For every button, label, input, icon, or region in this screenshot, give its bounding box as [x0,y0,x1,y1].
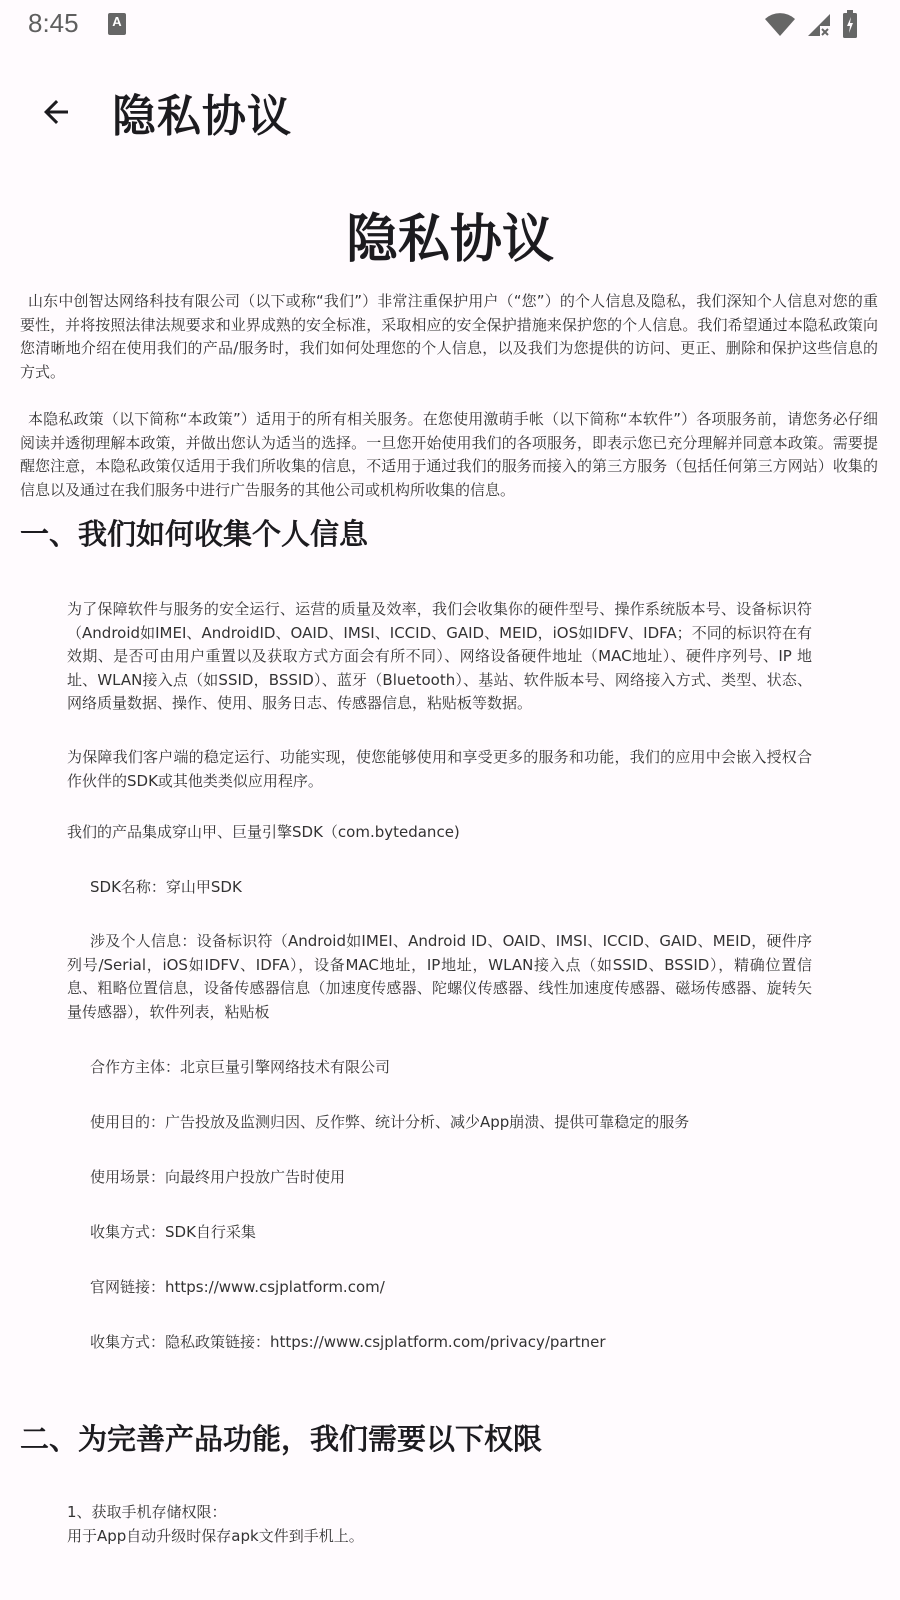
intro-paragraph-1: 山东中创智达网络科技有限公司（以下或称“我们”）非常注重保护用户（“您”）的个人… [0,290,900,384]
permission-item-1-title: 1、获取手机存储权限： [67,1501,812,1525]
section-1-paragraph-1: 为了保障软件与服务的安全运行、运营的质量及效率，我们会收集你的硬件型号、操作系统… [67,598,812,716]
sdk-partner: 合作方主体：北京巨量引擎网络技术有限公司 [90,1056,812,1080]
intro-paragraph-2: 本隐私政策（以下简称“本政策”）适用于的所有相关服务。在您使用激萌手帐（以下简称… [0,408,900,502]
sdk-website-link[interactable]: 官网链接：https://www.csjplatform.com/ [90,1276,812,1300]
arrow-left-icon [38,94,74,130]
back-button[interactable] [28,84,84,140]
sdk-collection-method: 收集方式：SDK自行采集 [90,1221,812,1245]
sdk-name: SDK名称：穿山甲SDK [90,876,812,900]
permission-item-1-desc: 用于App自动升级时保存apk文件到手机上。 [67,1525,812,1549]
sdk-scenario: 使用场景：向最终用户投放广告时使用 [90,1166,812,1190]
status-bar: 8:45 A [0,0,900,50]
notification-icon: A [108,13,126,35]
battery-charging-icon [842,10,858,38]
app-bar-title: 隐私协议 [112,80,292,144]
sdk-personal-info: 涉及个人信息：设备标识符（Android如IMEI、Android ID、OAI… [67,930,812,1024]
signal-no-service-icon [806,12,832,38]
policy-content[interactable]: 隐私协议 山东中创智达网络科技有限公司（以下或称“我们”）非常注重保护用户（“您… [0,180,900,275]
app-bar: 隐私协议 [0,62,900,158]
section-1-heading: 一、我们如何收集个人信息 [20,512,368,553]
document-title: 隐私协议 [0,205,900,275]
sdk-privacy-link[interactable]: 收集方式：隐私政策链接：https://www.csjplatform.com/… [90,1331,812,1355]
section-1-paragraph-3: 我们的产品集成穿山甲、巨量引擎SDK（com.bytedance) [67,821,812,845]
section-2-heading: 二、为完善产品功能，我们需要以下权限 [20,1417,542,1458]
status-time: 8:45 [28,8,79,39]
wifi-icon [764,12,796,38]
status-icons [764,10,858,38]
sdk-purpose: 使用目的：广告投放及监测归因、反作弊、统计分析、减少App崩溃、提供可靠稳定的服… [90,1111,812,1135]
section-1-paragraph-2: 为保障我们客户端的稳定运行、功能实现，使您能够使用和享受更多的服务和功能，我们的… [67,746,812,793]
